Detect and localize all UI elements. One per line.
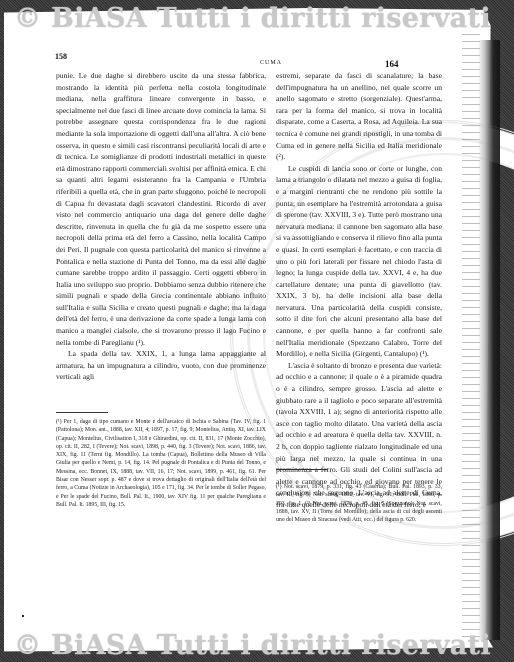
footnote-divider-right: [276, 469, 328, 470]
paragraph: Le cuspidi di lancia sono or corte or lu…: [276, 163, 442, 360]
right-page-number: 164: [385, 59, 399, 69]
paragraph: estremi, separate da fasci di scanalatur…: [276, 70, 442, 163]
copyright-watermark-bottom: © BiASA Tutti i diritti riservati: [14, 630, 491, 661]
page-edge-shadow: [478, 40, 500, 640]
paragraph: La spada della tav. XXIX, 1, a lunga lam…: [56, 348, 266, 383]
footnotes-right: (¹) Not. scavi, 1879, p. 331, fig. 43 (C…: [276, 483, 442, 524]
right-text-column: estremi, separate da fasci di scanalatur…: [276, 70, 442, 511]
footnotes-left: (¹) Per 1, daga di tipo cumano e Monte e…: [56, 418, 266, 509]
left-page-number: 158: [55, 52, 67, 61]
paragraph: punie. Le due daghe si direbbero uscite …: [56, 70, 266, 348]
left-text-column: punie. Le due daghe si direbbero uscite …: [56, 70, 266, 383]
copyright-watermark-top: © BiASA Tutti i diritti riservati: [14, 3, 491, 34]
running-head-title: CUMA: [260, 60, 282, 66]
scan-speck: [22, 615, 24, 617]
footnote-divider-left: [56, 412, 108, 413]
